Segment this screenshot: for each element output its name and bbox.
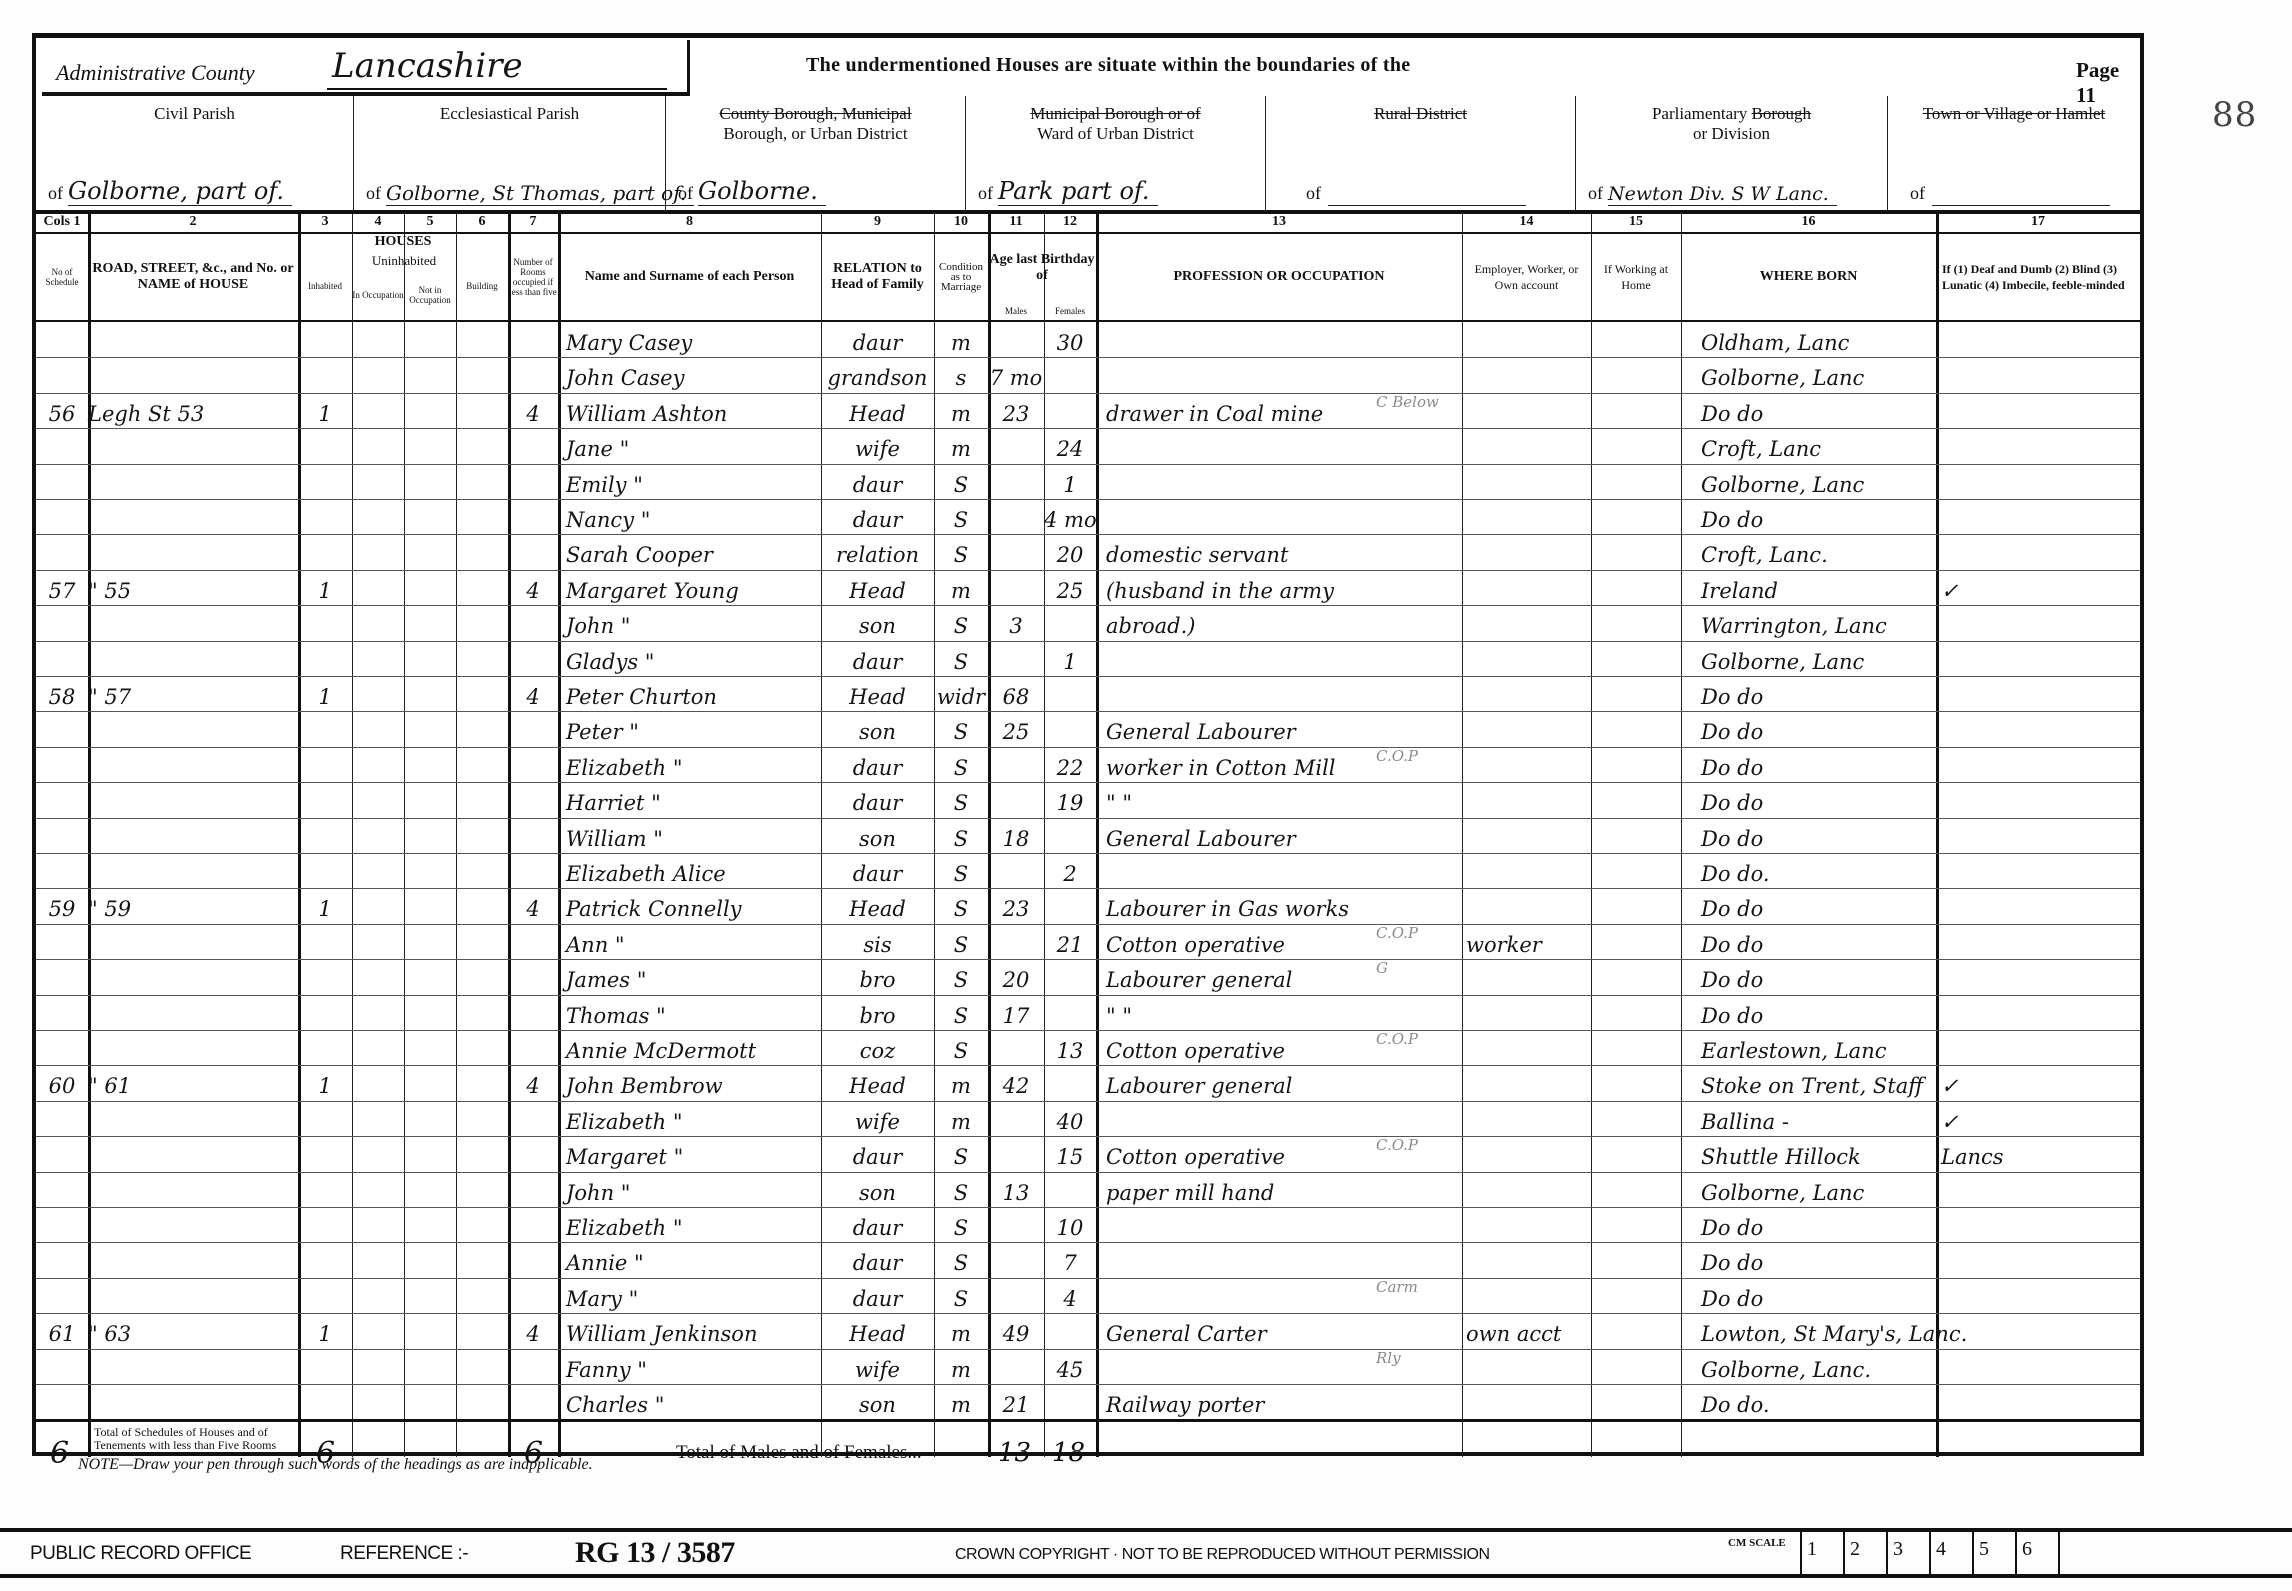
division-ward: Municipal Borough or ofWard of Urban Dis… bbox=[966, 96, 1266, 210]
male-age bbox=[988, 853, 1044, 888]
employment-status bbox=[1466, 357, 1591, 392]
relation-to-head: Head bbox=[821, 676, 934, 711]
infirmity-mark bbox=[1941, 641, 2140, 676]
employment-status bbox=[1466, 499, 1591, 534]
schedule-number: 56 bbox=[36, 393, 88, 428]
birthplace: Warrington, Lanc bbox=[1691, 605, 1946, 640]
relation-to-head: bro bbox=[821, 995, 934, 1030]
rooms-count bbox=[508, 1030, 558, 1065]
birthplace: Do do bbox=[1691, 995, 1946, 1030]
division-title: Ecclesiastical Parish bbox=[354, 104, 665, 124]
schedule-number bbox=[36, 322, 88, 357]
birthplace: Golborne, Lanc. bbox=[1691, 1349, 1946, 1384]
relation-to-head: Head bbox=[821, 1065, 934, 1100]
road-address bbox=[88, 747, 298, 782]
rooms-count bbox=[508, 995, 558, 1030]
table-row: Jane "wifem24Croft, Lanc bbox=[36, 428, 2140, 464]
infirmity-mark bbox=[1941, 924, 2140, 959]
employment-status bbox=[1466, 782, 1591, 817]
inhabited-count: 1 bbox=[298, 393, 352, 428]
birthplace: Do do bbox=[1691, 747, 1946, 782]
person-name: Thomas " bbox=[566, 995, 826, 1030]
road-address: " 55 bbox=[88, 570, 298, 605]
inhabited-count bbox=[298, 1207, 352, 1242]
division-of-label: of bbox=[1588, 183, 1603, 204]
person-name: Gladys " bbox=[566, 641, 826, 676]
relation-to-head: bro bbox=[821, 959, 934, 994]
female-age: 40 bbox=[1044, 1101, 1096, 1136]
occupation: Labourer general bbox=[1106, 1065, 1462, 1100]
marital-condition: m bbox=[934, 1065, 988, 1100]
road-address bbox=[88, 428, 298, 463]
schedule-number bbox=[36, 711, 88, 746]
infirmity-mark bbox=[1941, 1242, 2140, 1277]
header-males: Males bbox=[988, 302, 1044, 320]
relation-to-head: wife bbox=[821, 428, 934, 463]
table-row: Elizabeth "wifem40Ballina -✓ bbox=[36, 1101, 2140, 1137]
table-row: Mary "daurS4Do doCarm bbox=[36, 1278, 2140, 1314]
schedule-number: 57 bbox=[36, 570, 88, 605]
scale-mark: 5 bbox=[1972, 1532, 2015, 1574]
inhabited-count bbox=[298, 534, 352, 569]
road-address bbox=[88, 1207, 298, 1242]
birthplace: Do do bbox=[1691, 888, 1946, 923]
occupation: " " bbox=[1106, 782, 1462, 817]
male-age bbox=[988, 570, 1044, 605]
employment-status bbox=[1466, 853, 1591, 888]
employment-status bbox=[1466, 995, 1591, 1030]
rooms-count: 4 bbox=[508, 570, 558, 605]
division-title: Borough, or Urban District bbox=[723, 124, 907, 143]
road-address bbox=[88, 499, 298, 534]
person-name: Ann " bbox=[566, 924, 826, 959]
relation-to-head: wife bbox=[821, 1101, 934, 1136]
inhabited-count: 1 bbox=[298, 676, 352, 711]
person-name: James " bbox=[566, 959, 826, 994]
birthplace: Golborne, Lanc bbox=[1691, 641, 1946, 676]
infirmity-mark bbox=[1941, 818, 2140, 853]
division-of-label: of bbox=[1910, 183, 1925, 204]
female-age bbox=[1044, 959, 1096, 994]
scale-mark: 4 bbox=[1929, 1532, 1972, 1574]
archive-footer: PUBLIC RECORD OFFICE REFERENCE :- RG 13 … bbox=[0, 1528, 2292, 1578]
birthplace: Croft, Lanc bbox=[1691, 428, 1946, 463]
infirmity-mark bbox=[1941, 357, 2140, 392]
male-age: 49 bbox=[988, 1313, 1044, 1348]
occupation bbox=[1106, 1207, 1462, 1242]
road-address bbox=[88, 1136, 298, 1171]
footer-reference-label: REFERENCE :- bbox=[340, 1543, 468, 1565]
division-value: Golborne. bbox=[698, 177, 826, 206]
census-sheet: Administrative County Lancashire The und… bbox=[32, 33, 2144, 1456]
relation-to-head: daur bbox=[821, 1207, 934, 1242]
marital-condition: S bbox=[934, 711, 988, 746]
admin-county-underline bbox=[327, 88, 667, 90]
male-age bbox=[988, 782, 1044, 817]
female-age: 13 bbox=[1044, 1030, 1096, 1065]
marital-condition: S bbox=[934, 1242, 988, 1277]
rooms-count bbox=[508, 641, 558, 676]
employment-status bbox=[1466, 818, 1591, 853]
rooms-count bbox=[508, 853, 558, 888]
occupation: (husband in the army bbox=[1106, 570, 1462, 605]
female-age bbox=[1044, 1172, 1096, 1207]
birthplace: Do do bbox=[1691, 676, 1946, 711]
marital-condition: S bbox=[934, 853, 988, 888]
male-age: 25 bbox=[988, 711, 1044, 746]
inhabited-count bbox=[298, 1278, 352, 1313]
header-at-home: If Working at Home bbox=[1591, 234, 1681, 320]
road-address bbox=[88, 853, 298, 888]
division-title-suffix: or Division bbox=[1693, 124, 1770, 143]
birthplace: Golborne, Lanc bbox=[1691, 1172, 1946, 1207]
rooms-count bbox=[508, 1349, 558, 1384]
person-name: William Jenkinson bbox=[566, 1313, 826, 1348]
rooms-count bbox=[508, 1242, 558, 1277]
division-value: Golborne, part of. bbox=[68, 177, 292, 206]
rooms-count bbox=[508, 711, 558, 746]
male-age: 17 bbox=[988, 995, 1044, 1030]
marital-condition: S bbox=[934, 605, 988, 640]
female-age: 19 bbox=[1044, 782, 1096, 817]
relation-to-head: daur bbox=[821, 464, 934, 499]
person-name: Peter " bbox=[566, 711, 826, 746]
inhabited-count bbox=[298, 1242, 352, 1277]
infirmity-mark bbox=[1941, 995, 2140, 1030]
header-infirmity: If (1) Deaf and Dumb (2) Blind (3) Lunat… bbox=[1936, 234, 2140, 320]
marital-condition: m bbox=[934, 393, 988, 428]
male-age: 68 bbox=[988, 676, 1044, 711]
division-ecclesiastical-parish: Ecclesiastical Parish of Golborne, St Th… bbox=[354, 96, 666, 210]
table-row: Emily "daurS1Golborne, Lanc bbox=[36, 464, 2140, 500]
table-row: 58" 5714Peter ChurtonHeadwidr68Do do bbox=[36, 676, 2140, 712]
employment-status bbox=[1466, 747, 1591, 782]
inhabited-count bbox=[298, 1172, 352, 1207]
female-age: 20 bbox=[1044, 534, 1096, 569]
occupation: domestic servant bbox=[1106, 534, 1462, 569]
table-row: John Caseygrandsons7 moGolborne, Lanc bbox=[36, 357, 2140, 393]
marital-condition: m bbox=[934, 1349, 988, 1384]
employment-status bbox=[1466, 322, 1591, 357]
male-age bbox=[988, 1207, 1044, 1242]
person-name: Harriet " bbox=[566, 782, 826, 817]
column-number: 4 bbox=[352, 214, 404, 234]
male-age bbox=[988, 1349, 1044, 1384]
road-address: " 63 bbox=[88, 1313, 298, 1348]
birthplace: Do do bbox=[1691, 1207, 1946, 1242]
birthplace: Oldham, Lanc bbox=[1691, 322, 1946, 357]
table-row: 59" 5914Patrick ConnellyHeadS23Labourer … bbox=[36, 888, 2140, 924]
relation-to-head: daur bbox=[821, 1278, 934, 1313]
female-age bbox=[1044, 357, 1096, 392]
person-name: John Casey bbox=[566, 357, 826, 392]
infirmity-mark bbox=[1941, 1030, 2140, 1065]
occupation bbox=[1106, 676, 1462, 711]
column-number: 14 bbox=[1462, 214, 1591, 234]
occupation bbox=[1106, 464, 1462, 499]
infirmity-mark bbox=[1941, 499, 2140, 534]
column-number: 17 bbox=[1936, 214, 2140, 234]
schedule-number bbox=[36, 1349, 88, 1384]
inhabited-count bbox=[298, 747, 352, 782]
birthplace: Do do bbox=[1691, 499, 1946, 534]
table-row: Elizabeth AlicedaurS2Do do. bbox=[36, 853, 2140, 889]
male-age bbox=[988, 428, 1044, 463]
scale-mark: 6 bbox=[2015, 1532, 2060, 1574]
male-age bbox=[988, 322, 1044, 357]
employment-status bbox=[1466, 1384, 1591, 1419]
female-age: 45 bbox=[1044, 1349, 1096, 1384]
male-age: 18 bbox=[988, 818, 1044, 853]
cm-scale: 1 2 3 4 5 6 bbox=[1800, 1532, 2060, 1574]
schedule-number: 59 bbox=[36, 888, 88, 923]
occupation bbox=[1106, 428, 1462, 463]
division-struck-text: Borough bbox=[1752, 104, 1812, 123]
female-age: 25 bbox=[1044, 570, 1096, 605]
pencil-annotation: C Below bbox=[1376, 381, 1439, 416]
table-row: Mary Caseydaurm30Oldham, Lanc bbox=[36, 322, 2140, 358]
header-inhabited: Inhabited bbox=[298, 252, 352, 320]
census-table: Cols 1 2 3 4 5 6 7 8 9 10 11 12 13 14 15… bbox=[36, 214, 2140, 1457]
female-age bbox=[1044, 605, 1096, 640]
male-age bbox=[988, 499, 1044, 534]
relation-to-head: relation bbox=[821, 534, 934, 569]
road-address bbox=[88, 605, 298, 640]
relation-to-head: son bbox=[821, 1172, 934, 1207]
table-row: Thomas "broS17" "Do do bbox=[36, 995, 2140, 1031]
rooms-count bbox=[508, 605, 558, 640]
road-address bbox=[88, 464, 298, 499]
person-name: Mary " bbox=[566, 1278, 826, 1313]
person-name: Peter Churton bbox=[566, 676, 826, 711]
division-of-label: of bbox=[1306, 183, 1321, 204]
male-age bbox=[988, 1136, 1044, 1171]
schedule-number bbox=[36, 605, 88, 640]
relation-to-head: son bbox=[821, 605, 934, 640]
marital-condition: S bbox=[934, 1136, 988, 1171]
schedule-number bbox=[36, 534, 88, 569]
person-name: Sarah Cooper bbox=[566, 534, 826, 569]
schedule-number: 58 bbox=[36, 676, 88, 711]
female-age bbox=[1044, 818, 1096, 853]
occupation: General Labourer bbox=[1106, 818, 1462, 853]
header-occupation: PROFESSION OR OCCUPATION bbox=[1096, 234, 1462, 320]
table-row: John "sonS3abroad.)Warrington, Lanc bbox=[36, 605, 2140, 641]
occupation: Railway porter bbox=[1106, 1384, 1462, 1419]
column-number: 13 bbox=[1096, 214, 1462, 234]
inhabited-count bbox=[298, 818, 352, 853]
table-row: John "sonS13paper mill handGolborne, Lan… bbox=[36, 1172, 2140, 1208]
table-row: Sarah CooperrelationS20domestic servantC… bbox=[36, 534, 2140, 570]
column-number: 12 bbox=[1044, 214, 1096, 234]
schedule-number bbox=[36, 995, 88, 1030]
marital-condition: m bbox=[934, 1313, 988, 1348]
employment-status: worker bbox=[1466, 924, 1591, 959]
relation-to-head: daur bbox=[821, 853, 934, 888]
rooms-count: 4 bbox=[508, 1065, 558, 1100]
male-age: 20 bbox=[988, 959, 1044, 994]
female-age: 7 bbox=[1044, 1242, 1096, 1277]
rooms-count bbox=[508, 818, 558, 853]
schedule-number bbox=[36, 959, 88, 994]
footer-copyright: CROWN COPYRIGHT · NOT TO BE REPRODUCED W… bbox=[955, 1546, 1490, 1564]
female-age bbox=[1044, 1384, 1096, 1419]
road-address bbox=[88, 711, 298, 746]
header-not-in-occupation: Not in Occupation bbox=[404, 270, 456, 320]
birthplace: Shuttle Hillock bbox=[1691, 1136, 1946, 1171]
person-name: Margaret " bbox=[566, 1136, 826, 1171]
table-row: Fanny "wifem45Golborne, Lanc.Rly bbox=[36, 1349, 2140, 1385]
rooms-count bbox=[508, 959, 558, 994]
male-age bbox=[988, 1101, 1044, 1136]
rooms-count bbox=[508, 322, 558, 357]
total-schedules-value: 6 bbox=[50, 1436, 69, 1471]
footer-reference-value: RG 13 / 3587 bbox=[575, 1536, 735, 1570]
schedule-number bbox=[36, 1242, 88, 1277]
rooms-count bbox=[508, 464, 558, 499]
male-age: 3 bbox=[988, 605, 1044, 640]
division-value-blank bbox=[1328, 205, 1526, 206]
inhabited-count: 1 bbox=[298, 1313, 352, 1348]
birthplace: Do do bbox=[1691, 818, 1946, 853]
schedule-number bbox=[36, 818, 88, 853]
person-name: John " bbox=[566, 1172, 826, 1207]
person-name: Annie McDermott bbox=[566, 1030, 826, 1065]
schedule-number bbox=[36, 747, 88, 782]
table-row: Annie McDermottcozS13Cotton operativeEar… bbox=[36, 1030, 2140, 1066]
male-age bbox=[988, 641, 1044, 676]
employment-status bbox=[1466, 393, 1591, 428]
division-title: Ward of Urban District bbox=[1037, 124, 1194, 143]
table-row: James "broS20Labourer generalDo doG bbox=[36, 959, 2140, 995]
infirmity-mark: ✓ bbox=[1941, 1065, 2140, 1100]
person-name: Nancy " bbox=[566, 499, 826, 534]
relation-to-head: son bbox=[821, 818, 934, 853]
rooms-count bbox=[508, 1101, 558, 1136]
total-males-value: 13 bbox=[998, 1438, 1031, 1468]
road-address bbox=[88, 641, 298, 676]
schedule-number bbox=[36, 1136, 88, 1171]
birthplace: Ballina - bbox=[1691, 1101, 1946, 1136]
column-number: 9 bbox=[821, 214, 934, 234]
female-age: 30 bbox=[1044, 322, 1096, 357]
employment-status bbox=[1466, 676, 1591, 711]
inhabited-count bbox=[298, 1384, 352, 1419]
table-row: 61" 6314William JenkinsonHeadm49General … bbox=[36, 1313, 2140, 1349]
employment-status bbox=[1466, 1349, 1591, 1384]
division-struck-text: County Borough, Municipal bbox=[719, 104, 911, 123]
header-relation: RELATION to Head of Family bbox=[821, 234, 934, 320]
column-number: 5 bbox=[404, 214, 456, 234]
birthplace: Croft, Lanc. bbox=[1691, 534, 1946, 569]
relation-to-head: daur bbox=[821, 322, 934, 357]
inhabited-count bbox=[298, 711, 352, 746]
division-civil-parish: Civil Parish of Golborne, part of. bbox=[36, 96, 354, 210]
birthplace: Do do bbox=[1691, 393, 1946, 428]
division-rural-district: Rural District of bbox=[1266, 96, 1576, 210]
division-parliamentary: Parliamentary Boroughor Division of Newt… bbox=[1576, 96, 1888, 210]
column-number: 10 bbox=[934, 214, 988, 234]
column-number: Cols 1 bbox=[36, 214, 88, 234]
relation-to-head: Head bbox=[821, 570, 934, 605]
footer-office: PUBLIC RECORD OFFICE bbox=[30, 1543, 251, 1565]
infirmity-mark bbox=[1941, 676, 2140, 711]
rooms-count: 4 bbox=[508, 1313, 558, 1348]
schedule-number bbox=[36, 782, 88, 817]
female-age: 4 bbox=[1044, 1278, 1096, 1313]
pencil-annotation: C.O.P bbox=[1376, 1018, 1418, 1053]
inhabited-count bbox=[298, 499, 352, 534]
birthplace: Golborne, Lanc bbox=[1691, 357, 1946, 392]
rooms-count bbox=[508, 499, 558, 534]
schedule-number: 60 bbox=[36, 1065, 88, 1100]
male-age: 21 bbox=[988, 1384, 1044, 1419]
header-employer: Employer, Worker, or Own account bbox=[1462, 234, 1591, 320]
table-row: Margaret "daurS15Cotton operativeShuttle… bbox=[36, 1136, 2140, 1172]
infirmity-mark bbox=[1941, 428, 2140, 463]
schedule-number bbox=[36, 1207, 88, 1242]
occupation bbox=[1106, 1349, 1462, 1384]
birthplace: Do do bbox=[1691, 711, 1946, 746]
table-row: 56Legh St 5314William AshtonHeadm23drawe… bbox=[36, 393, 2140, 429]
header-schedule: No of Schedule bbox=[36, 234, 88, 320]
birthplace: Stoke on Trent, Staff bbox=[1691, 1065, 1946, 1100]
schedule-number bbox=[36, 1030, 88, 1065]
road-address bbox=[88, 1172, 298, 1207]
division-of-label: of bbox=[678, 183, 693, 204]
division-of-label: of bbox=[366, 183, 381, 204]
road-address bbox=[88, 534, 298, 569]
employment-status bbox=[1466, 464, 1591, 499]
road-address: " 61 bbox=[88, 1065, 298, 1100]
infirmity-mark bbox=[1941, 711, 2140, 746]
division-struck-text: Municipal Borough or of bbox=[1030, 104, 1200, 123]
male-age: 13 bbox=[988, 1172, 1044, 1207]
person-name: John Bembrow bbox=[566, 1065, 826, 1100]
road-address: Legh St 53 bbox=[88, 393, 298, 428]
table-row: Ann "sisS21Cotton operativeworkerDo doC.… bbox=[36, 924, 2140, 960]
road-address bbox=[88, 1384, 298, 1419]
instruction-note: NOTE—Draw your pen through such words of… bbox=[78, 1456, 593, 1474]
table-row: Annie "daurS7Do do bbox=[36, 1242, 2140, 1278]
person-name: Fanny " bbox=[566, 1349, 826, 1384]
marital-condition: S bbox=[934, 464, 988, 499]
employment-status: own acct bbox=[1466, 1313, 1591, 1348]
infirmity-mark bbox=[1941, 1313, 2140, 1348]
division-value: Golborne, St Thomas, part of. bbox=[386, 181, 694, 206]
schedule-number bbox=[36, 464, 88, 499]
relation-to-head: Head bbox=[821, 1313, 934, 1348]
relation-to-head: daur bbox=[821, 641, 934, 676]
marital-condition: S bbox=[934, 747, 988, 782]
schedule-number bbox=[36, 641, 88, 676]
birthplace: Do do bbox=[1691, 782, 1946, 817]
female-age: 22 bbox=[1044, 747, 1096, 782]
schedule-number bbox=[36, 1101, 88, 1136]
pencil-annotation: Carm bbox=[1376, 1266, 1418, 1301]
female-age bbox=[1044, 995, 1096, 1030]
employment-status bbox=[1466, 1207, 1591, 1242]
road-address bbox=[88, 1030, 298, 1065]
employment-status bbox=[1466, 959, 1591, 994]
birthplace: Do do bbox=[1691, 1242, 1946, 1277]
female-age: 1 bbox=[1044, 464, 1096, 499]
employment-status bbox=[1466, 1101, 1591, 1136]
person-name: Margaret Young bbox=[566, 570, 826, 605]
rooms-count bbox=[508, 428, 558, 463]
pencil-annotation: Rly bbox=[1376, 1337, 1401, 1372]
inhabited-count bbox=[298, 924, 352, 959]
